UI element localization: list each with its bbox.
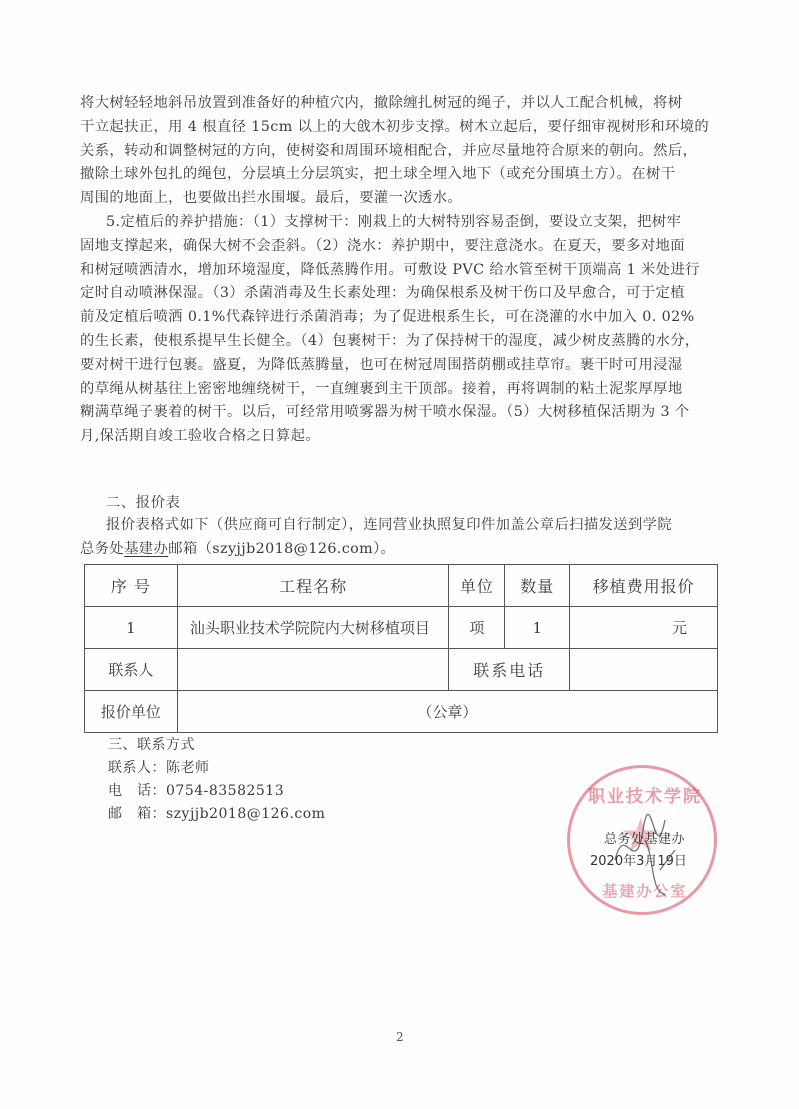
contact-phone: 电 话：0754-83582513 <box>108 780 325 803</box>
phone-value-field[interactable] <box>570 649 718 691</box>
bidder-label: 报价单位 <box>85 691 178 733</box>
paragraph-maintenance-measures: 5.定植后的养护措施：（1）支撑树干：刚栽上的大树特别容易歪倒，要设立支架，把树… <box>80 211 725 449</box>
text-line: 总务处基建办邮箱（szyjjb2018@126.com）。 <box>80 538 725 562</box>
table-row-contact: 联系人 联系电话 <box>85 649 718 691</box>
text-line: 报价表格式如下（供应商可自行制定），连同营业执照复印件加盖公章后扫描发送到学院 <box>80 514 725 538</box>
quote-table: 序 号 工程名称 单位 数量 移植费用报价 1 汕头职业技术学院院内大树移植项目… <box>84 564 718 733</box>
text-line: 定时自动喷淋保湿。（3）杀菌消毒及生长素处理：为确保根系及树干伤口及早愈合，可于… <box>80 282 725 306</box>
text-segment: 总务处 <box>80 541 124 557</box>
contact-section: 三、联系方式 联系人：陈老师 电 话：0754-83582513 邮 箱：szy… <box>108 734 325 826</box>
issue-date: 2020年3月19日 <box>590 850 687 869</box>
text-line: 周围的地面上，也要做出拦水围堰。最后，要灌一次透水。 <box>80 187 725 211</box>
table-header-row: 序 号 工程名称 单位 数量 移植费用报价 <box>85 565 718 607</box>
text-line: 关系，转动和调整树冠的方向，使树姿和周围环境相配合，并应尽量地符合原来的朝向。然… <box>80 140 725 164</box>
text-line: 和树冠喷洒清水，增加环境湿度，降低蒸腾作用。可敷设 PVC 给水管至树干顶端高 … <box>80 259 725 283</box>
text-line: 的草绳从树基往上密密地缠绕树干，一直缠裹到主干顶部。接着，再将调制的粘土泥浆厚厚… <box>80 378 725 402</box>
contact-email[interactable]: 邮 箱：szyjjb2018@126.com <box>108 803 325 826</box>
page-number: 2 <box>396 1030 404 1044</box>
table-row: 1 汕头职业技术学院院内大树移植项目 项 1 元 <box>85 607 718 649</box>
text-line: 将大树轻轻地斜吊放置到准备好的种植穴内，撤除缠扎树冠的绳子，并以人工配合机械，将… <box>80 92 725 116</box>
text-line: 糊满草绳子裹着的树干。以后，可经常用喷雾器为树干喷水保湿。（5）大树移植保活期为… <box>80 401 725 425</box>
header-cell-unit: 单位 <box>449 565 505 607</box>
text-line: 的生长素，使根系提早生长健全。（4）包裹树干：为了保持树干的湿度，减少树皮蒸腾的… <box>80 330 725 354</box>
text-line: 5.定植后的养护措施：（1）支撑树干：刚栽上的大树特别容易歪倒，要设立支架，把树… <box>80 211 725 235</box>
header-cell-project-name: 工程名称 <box>177 565 449 607</box>
text-line: 要对树干进行包裹。盛夏，为降低蒸腾量，也可在树冠周围搭荫棚或挂草帘。裹干时可用浸… <box>80 354 725 378</box>
email-text: 邮箱（szyjjb2018@126.com）。 <box>168 541 395 557</box>
header-cell-index: 序 号 <box>85 565 178 607</box>
issuing-department: 总务处基建办 <box>604 828 685 847</box>
header-cell-price: 移植费用报价 <box>570 565 718 607</box>
section-heading-contact: 三、联系方式 <box>108 734 325 757</box>
text-line: 固地支撑起来，确保大树不会歪斜。（2）浇水：养护期中，要注意浇水。在夏天，要多对… <box>80 235 725 259</box>
text-line: 撤除土球外包扎的绳包，分层填土分层筑实，把土球全埋入地下（或充分围填土方）。在树… <box>80 163 725 187</box>
contact-person: 联系人：陈老师 <box>108 757 325 780</box>
phone-label: 联系电话 <box>449 649 570 691</box>
bidder-seal-field[interactable]: （公章） <box>177 691 717 733</box>
underlined-office-name: 基建办 <box>124 541 168 557</box>
text-line: 月,保活期自竣工验收合格之日算起。 <box>80 425 725 449</box>
text-line: 干立起扶正，用 4 根直径 15cm 以上的大戗木初步支撑。树木立起后，要仔细审… <box>80 116 725 140</box>
text-line: 前及定植后喷洒 0.1%代森锌进行杀菌消毒；为了促进根系生长，可在浇灌的水中加入… <box>80 306 725 330</box>
paragraph-transplant-procedure: 将大树轻轻地斜吊放置到准备好的种植穴内，撤除缠扎树冠的绳子，并以人工配合机械，将… <box>80 92 725 211</box>
cell-price[interactable]: 元 <box>570 607 718 649</box>
quote-instructions: 报价表格式如下（供应商可自行制定），连同营业执照复印件加盖公章后扫描发送到学院 … <box>80 514 725 562</box>
cell-project-name: 汕头职业技术学院院内大树移植项目 <box>177 607 449 649</box>
cell-index: 1 <box>85 607 178 649</box>
table-row-bidder: 报价单位 （公章） <box>85 691 718 733</box>
cell-quantity: 1 <box>505 607 570 649</box>
contact-label: 联系人 <box>85 649 178 691</box>
section-heading-quote-table: 二、报价表 <box>106 492 180 512</box>
contact-value-field[interactable] <box>177 649 449 691</box>
header-cell-quantity: 数量 <box>505 565 570 607</box>
cell-unit: 项 <box>449 607 505 649</box>
